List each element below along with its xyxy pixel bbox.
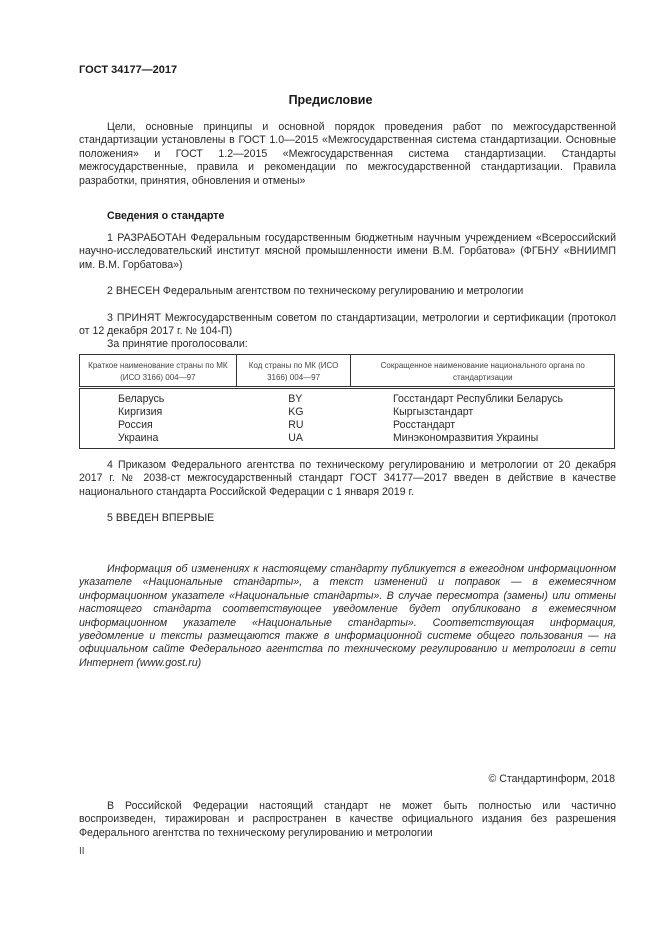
country-name: Россия [118,419,236,432]
item-2-introduced: 2 ВНЕСЕН Федеральным агентством по техни… [79,285,616,298]
foreword-intro-text: Цели, основные принципы и основной поряд… [79,121,616,187]
national-bodies-cell: Госстандарт Республики Беларусь Кыргызст… [351,388,615,449]
vote-table-body-row: Беларусь Киргизия Россия Украина BY KG R… [80,388,615,449]
vote-table-header-row: Краткое наименование страны по МК (ИСО 3… [80,355,615,388]
national-body: Госстандарт Республики Беларусь [393,393,614,406]
item-1-text: 1 РАЗРАБОТАН Федеральным государственным… [79,232,616,271]
item-5-text: 5 ВВЕДЕН ВПЕРВЫЕ [107,512,214,524]
country-code: RU [288,419,351,432]
national-body: Росстандарт [393,419,614,432]
rights-notice-text: В Российской Федерации настоящий стандар… [79,800,616,839]
page-number: II [79,846,85,857]
standard-info-heading: Сведения о стандарте [107,210,224,222]
foreword-title: Предисловие [0,93,661,107]
voted-label-line: За принятие проголосовали: [79,338,616,351]
country-code: KG [288,406,351,419]
copyright-line: © Стандартинформ, 2018 [489,773,615,785]
rights-notice-paragraph: В Российской Федерации настоящий стандар… [79,800,616,840]
national-body: Кыргызстандарт [393,406,614,419]
item-3-adopted: 3 ПРИНЯТ Межгосударственным советом по с… [79,312,616,339]
item-4-order: 4 Приказом Федерального агентства по тех… [79,459,616,499]
header-country-name: Краткое наименование страны по МК (ИСО 3… [80,355,237,388]
header-national-body: Сокращенное наименование национального о… [351,355,615,388]
national-body: Минэкономразвития Украины [393,432,614,445]
item-4-text: 4 Приказом Федерального агентства по тех… [79,459,616,498]
standard-code-header: ГОСТ 34177—2017 [79,64,177,76]
country-code: UA [288,432,351,445]
changes-notice-paragraph: Информация об изменениях к настоящему ст… [79,563,616,670]
country-code: BY [288,393,351,406]
foreword-intro-paragraph: Цели, основные принципы и основной поряд… [79,121,616,188]
country-names-cell: Беларусь Киргизия Россия Украина [80,388,237,449]
changes-notice-text: Информация об изменениях к настоящему ст… [79,563,616,669]
country-codes-cell: BY KG RU UA [236,388,351,449]
header-country-code: Код страны по МК (ИСО 3166) 004—97 [236,355,351,388]
country-name: Киргизия [118,406,236,419]
item-3-text: 3 ПРИНЯТ Межгосударственным советом по с… [79,312,616,337]
country-name: Украина [118,432,236,445]
item-1-developed: 1 РАЗРАБОТАН Федеральным государственным… [79,232,616,272]
voted-label: За принятие проголосовали: [107,338,248,350]
country-name: Беларусь [118,393,236,406]
vote-table: Краткое наименование страны по МК (ИСО 3… [79,354,615,449]
item-2-text: 2 ВНЕСЕН Федеральным агентством по техни… [107,285,523,297]
item-5-first-introduced: 5 ВВЕДЕН ВПЕРВЫЕ [79,512,616,525]
